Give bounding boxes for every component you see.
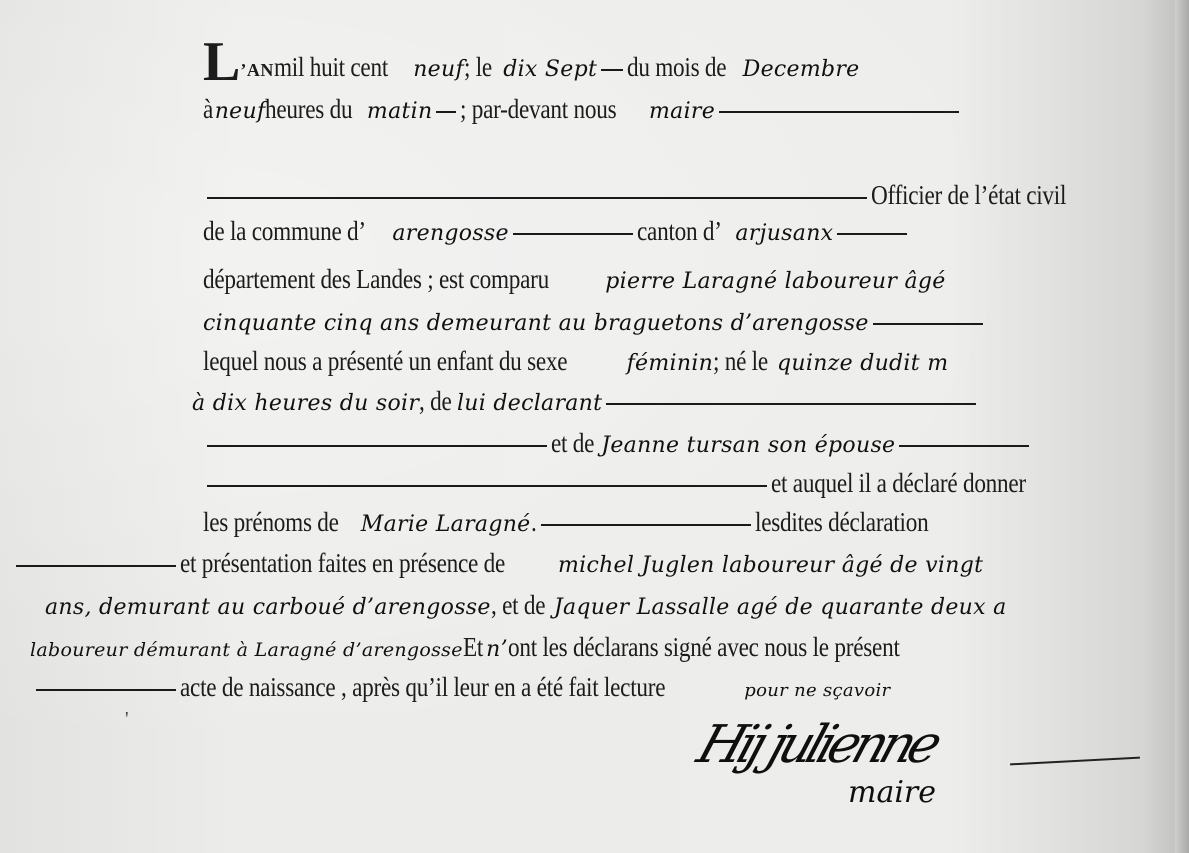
handwritten-official: maire (649, 99, 715, 124)
record-line-12: et présentation faites en présence de mi… (12, 546, 983, 583)
handwritten-witness-2: Jaquer Lassalle agé de quarante deux a (554, 595, 1007, 620)
record-line-13: ans, demurant au carboué d’arengosse , e… (45, 588, 1007, 625)
handwritten-declarant-age-residence: cinquante cinq ans demeurant au bragueto… (203, 311, 869, 336)
record-line-8: à dix heures du soir , de lui declarant (192, 384, 980, 421)
handwritten-hour: neuf (215, 99, 266, 124)
ink-mark: ' (125, 708, 129, 731)
handwritten-witness-1: michel Juglen laboureur âgé de vingt (558, 553, 983, 578)
record-line-3: Officier de l’état civil (203, 178, 1098, 212)
handwritten-sex: féminin (627, 351, 714, 376)
page-edge-shadow (1175, 0, 1189, 853)
handwritten-not-signing-reason: pour ne sçavoir (744, 680, 890, 701)
record-line-9: et de Jeanne tursan son épouse (203, 426, 1033, 463)
signature-flourish (1010, 757, 1140, 766)
record-line-10: et auquel il a déclaré donner (203, 466, 1067, 500)
handwritten-witness-2-residence: laboureur démurant à Laragné d’arengosse (30, 639, 463, 661)
handwritten-witness-1-residence: ans, demurant au carboué d’arengosse (45, 595, 491, 620)
handwritten-mother: Jeanne tursan son épouse (601, 433, 895, 458)
handwritten-canton: arjusanx (735, 221, 833, 246)
scanned-document-page: L’AN mil huit cent neuf ; le dix Sept du… (0, 0, 1189, 853)
handwritten-birth-date: quinze dudit m (777, 351, 948, 376)
record-line-14: laboureur démurant à Laragné d’arengosse… (30, 630, 963, 667)
handwritten-commune: arengosse (392, 221, 508, 246)
handwritten-birth-time: à dix heures du soir (192, 391, 419, 416)
handwritten-year: neuf (413, 57, 464, 82)
record-line-5: département des Landes ; est comparu pie… (203, 262, 946, 299)
record-line-2: à neuf heures du matin ; par-devant nous… (203, 92, 963, 129)
record-line-11: les prénoms de Marie Laragné . lesdites … (203, 505, 957, 542)
drop-cap: L (203, 31, 240, 93)
record-line-4: de la commune d’ arengossecanton d’ arju… (203, 214, 911, 251)
record-line-7: lequel nous a présenté un enfant du sexe… (203, 344, 948, 381)
handwritten-time-of-day: matin (367, 99, 433, 124)
mayor-signature: Hij julienne (690, 715, 944, 775)
record-line-15: acte de naissance , après qu’il leur en … (32, 670, 890, 708)
handwritten-month: Decembre (743, 57, 860, 82)
record-line-1: L’AN mil huit cent neuf ; le dix Sept du… (203, 42, 860, 87)
handwritten-declarant: pierre Laragné laboureur âgé (605, 269, 945, 294)
handwritten-father: lui declarant (457, 391, 602, 416)
record-line-6: cinquante cinq ans demeurant au bragueto… (203, 304, 987, 341)
handwritten-day: dix Sept (503, 57, 597, 82)
handwritten-child-name: Marie Laragné (361, 512, 531, 537)
signature-title: maire (848, 775, 936, 810)
